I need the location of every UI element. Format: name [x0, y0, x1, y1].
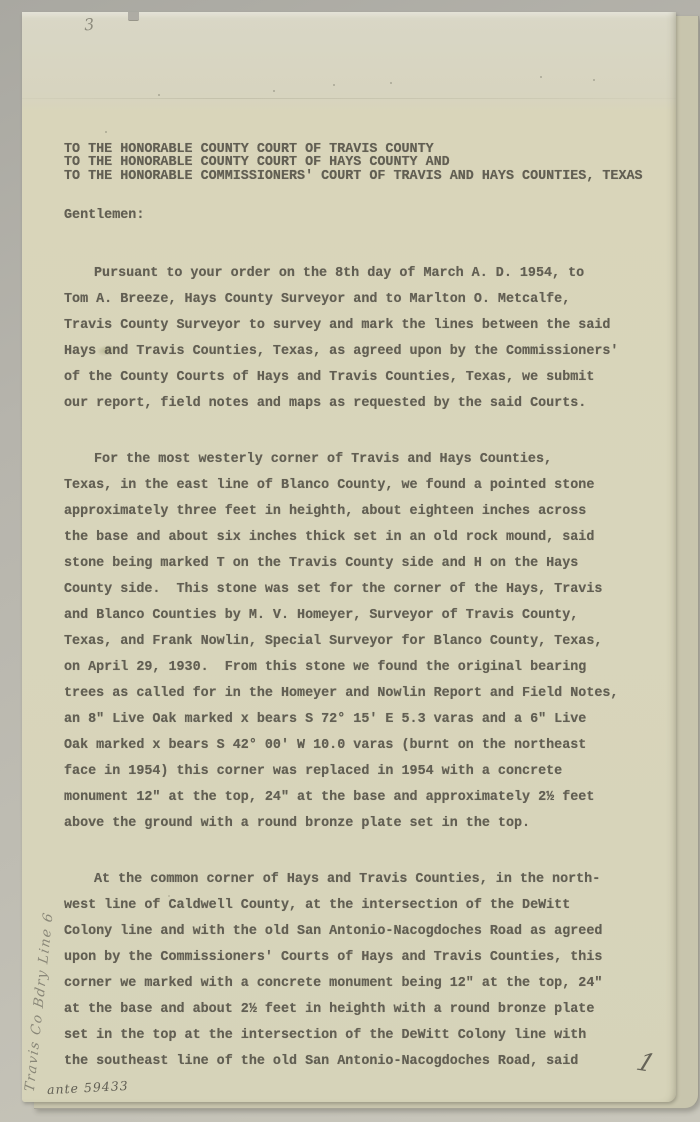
- typed-line: At the common corner of Hays and Travis …: [64, 867, 618, 893]
- paragraph-order: Pursuant to your order on the 8th day of…: [64, 261, 618, 417]
- typed-line: and Blanco Counties by M. V. Homeyer, Su…: [64, 603, 618, 629]
- typed-line: of the County Courts of Hays and Travis …: [64, 365, 618, 391]
- paper-notch: [128, 12, 139, 21]
- typed-line: set in the top at the intersection of th…: [64, 1023, 618, 1049]
- typed-line: County side. This stone was set for the …: [64, 577, 618, 603]
- margin-note-vertical: Travis Co Bdry Line 6: [22, 910, 57, 1093]
- typed-line: Tom A. Breeze, Hays County Surveyor and …: [64, 287, 618, 313]
- typed-line: For the most westerly corner of Travis a…: [64, 447, 618, 473]
- paper-speck: [158, 94, 160, 96]
- typed-line: approximately three feet in heighth, abo…: [64, 499, 618, 525]
- paragraph-westerly-corner: For the most westerly corner of Travis a…: [64, 447, 618, 837]
- typed-line: face in 1954) this corner was replaced i…: [64, 759, 618, 785]
- typed-line: upon by the Commissioners' Courts of Hay…: [64, 945, 618, 971]
- paper-crease: [22, 98, 676, 99]
- typed-line: Hays and Travis Counties, Texas, as agre…: [64, 339, 618, 365]
- typed-line: Texas, and Frank Nowlin, Special Surveyo…: [64, 629, 618, 655]
- paper-speck: [540, 76, 542, 78]
- typed-line: monument 12" at the top, 24" at the base…: [64, 785, 618, 811]
- typed-line: west line of Caldwell County, at the int…: [64, 893, 618, 919]
- typed-line: trees as called for in the Homeyer and N…: [64, 681, 618, 707]
- paper-speck: [390, 82, 392, 84]
- address-block: TO THE HONORABLE COUNTY COURT OF TRAVIS …: [64, 143, 643, 183]
- address-line: TO THE HONORABLE COUNTY COURT OF TRAVIS …: [64, 143, 643, 156]
- typed-line: Pursuant to your order on the 8th day of…: [64, 261, 618, 287]
- typed-line: Oak marked x bears S 42° 00' W 10.0 vara…: [64, 733, 618, 759]
- typed-line: Travis County Surveyor to survey and mar…: [64, 313, 618, 339]
- letter-page: 3 TO THE HONORABLE COUNTY COURT OF TRAVI…: [22, 12, 676, 1102]
- typed-line: the base and about six inches thick set …: [64, 525, 618, 551]
- paper-speck: [593, 79, 595, 81]
- typed-line: on April 29, 1930. From this stone we fo…: [64, 655, 618, 681]
- paper-speck: [105, 131, 107, 133]
- typed-line: corner we marked with a concrete monumen…: [64, 971, 618, 997]
- pencil-folio-number: 3: [83, 15, 95, 35]
- typed-line: Colony line and with the old San Antonio…: [64, 919, 618, 945]
- typed-line: an 8" Live Oak marked x bears S 72° 15' …: [64, 707, 618, 733]
- address-line: TO THE HONORABLE COUNTY COURT OF HAYS CO…: [64, 156, 643, 169]
- typed-line: Texas, in the east line of Blanco County…: [64, 473, 618, 499]
- paragraph-common-corner: At the common corner of Hays and Travis …: [64, 867, 618, 1075]
- salutation: Gentlemen:: [64, 209, 144, 223]
- typed-line: the southeast line of the old San Antoni…: [64, 1049, 618, 1075]
- typed-line: our report, field notes and maps as requ…: [64, 391, 618, 417]
- typed-line: at the base and about 2½ feet in heighth…: [64, 997, 618, 1023]
- paper-speck: [333, 84, 335, 86]
- address-line: TO THE HONORABLE COMMISSIONERS' COURT OF…: [64, 170, 643, 183]
- page-number: 1: [633, 1047, 659, 1077]
- scan-background: 3 TO THE HONORABLE COUNTY COURT OF TRAVI…: [0, 0, 700, 1122]
- paper-speck: [273, 90, 275, 92]
- typed-line: stone being marked T on the Travis Count…: [64, 551, 618, 577]
- letter-body: Pursuant to your order on the 8th day of…: [64, 231, 618, 1105]
- typed-line: above the ground with a round bronze pla…: [64, 811, 618, 837]
